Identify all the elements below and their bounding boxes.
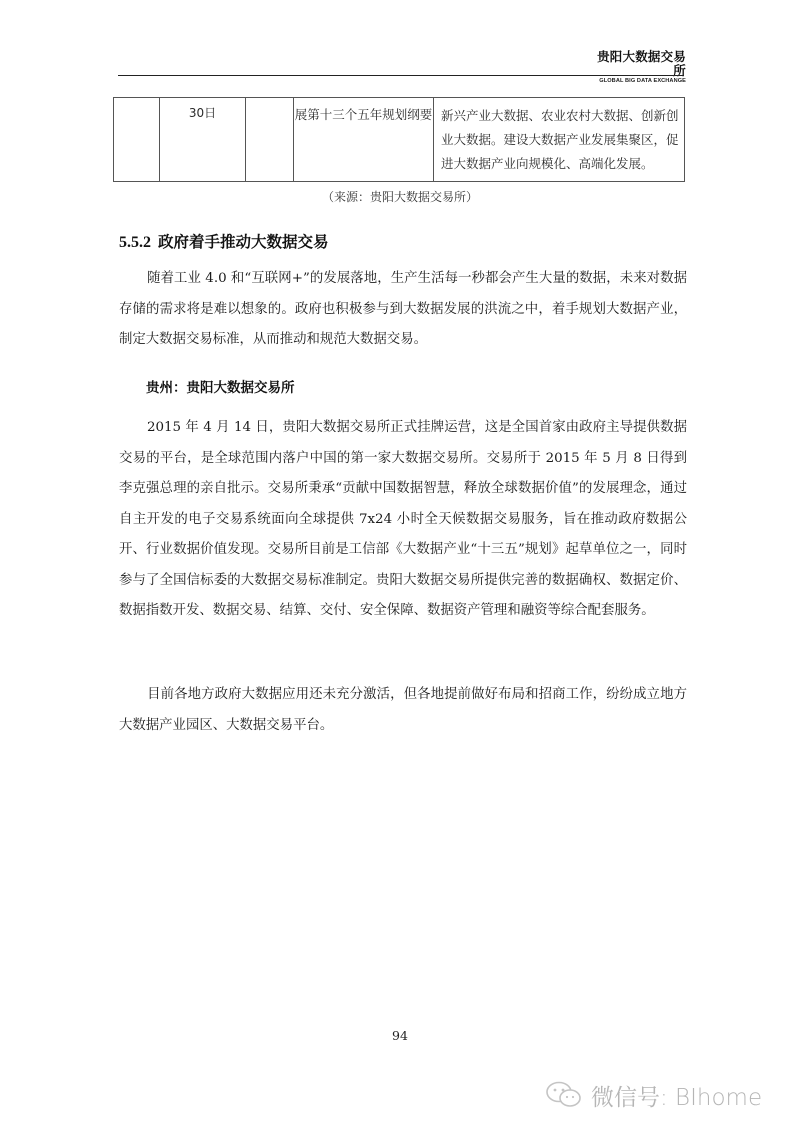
paragraph-text: 随着工业 4.0 和“互联网+”的发展落地，生产生活每一秒都会产生大量的数据，未… <box>119 271 687 347</box>
paragraph-text: 目前各地方政府大数据应用还未充分激活，但各地提前做好布局和招商工作，纷纷成立地方… <box>119 687 687 733</box>
header-rule <box>118 75 684 76</box>
table-cell-description: 新兴产业大数据、农业农村大数据、创新创业大数据。建设大数据产业发展集聚区，促进大… <box>434 98 685 182</box>
section-title: 政府着手推动大数据交易 <box>158 233 329 251</box>
watermark-text: 微信号: BIhome <box>591 1079 762 1112</box>
table-cell-name: 展第十三个五年规划纲要 <box>294 98 434 182</box>
wechat-icon <box>545 1080 585 1110</box>
section-number: 5.5.2 <box>119 234 151 251</box>
header-brand: 贵阳大数据交易所 GLOBAL BIG DATA EXCHANGE <box>586 50 686 85</box>
table-cell-empty <box>114 98 160 182</box>
page-number: 94 <box>0 1028 800 1043</box>
sub-heading-guizhou: 贵州：贵阳大数据交易所 <box>146 376 295 396</box>
table-cell-date: 30日 <box>160 98 246 182</box>
section-heading: 5.5.2政府着手推动大数据交易 <box>119 230 329 252</box>
paragraph-intro: 随着工业 4.0 和“互联网+”的发展落地，生产生活每一秒都会产生大量的数据，未… <box>119 264 687 356</box>
table-cell-empty <box>246 98 294 182</box>
continued-table: 30日 展第十三个五年规划纲要 新兴产业大数据、农业农村大数据、创新创业大数据。… <box>113 97 685 182</box>
table-row: 30日 展第十三个五年规划纲要 新兴产业大数据、农业农村大数据、创新创业大数据。… <box>114 98 685 182</box>
watermark: 微信号: BIhome <box>545 1078 762 1112</box>
brand-name-cn: 贵阳大数据交易所 <box>586 50 686 78</box>
paragraph-text: 2015 年 4 月 14 日，贵阳大数据交易所正式挂牌运营，这是全国首家由政府… <box>119 420 687 618</box>
table-caption: （来源：贵阳大数据交易所） <box>0 188 800 205</box>
paragraph-guizhou: 2015 年 4 月 14 日，贵阳大数据交易所正式挂牌运营，这是全国首家由政府… <box>119 413 687 627</box>
paragraph-closing: 目前各地方政府大数据应用还未充分激活，但各地提前做好布局和招商工作，纷纷成立地方… <box>119 680 687 741</box>
brand-name-en: GLOBAL BIG DATA EXCHANGE <box>586 78 686 85</box>
